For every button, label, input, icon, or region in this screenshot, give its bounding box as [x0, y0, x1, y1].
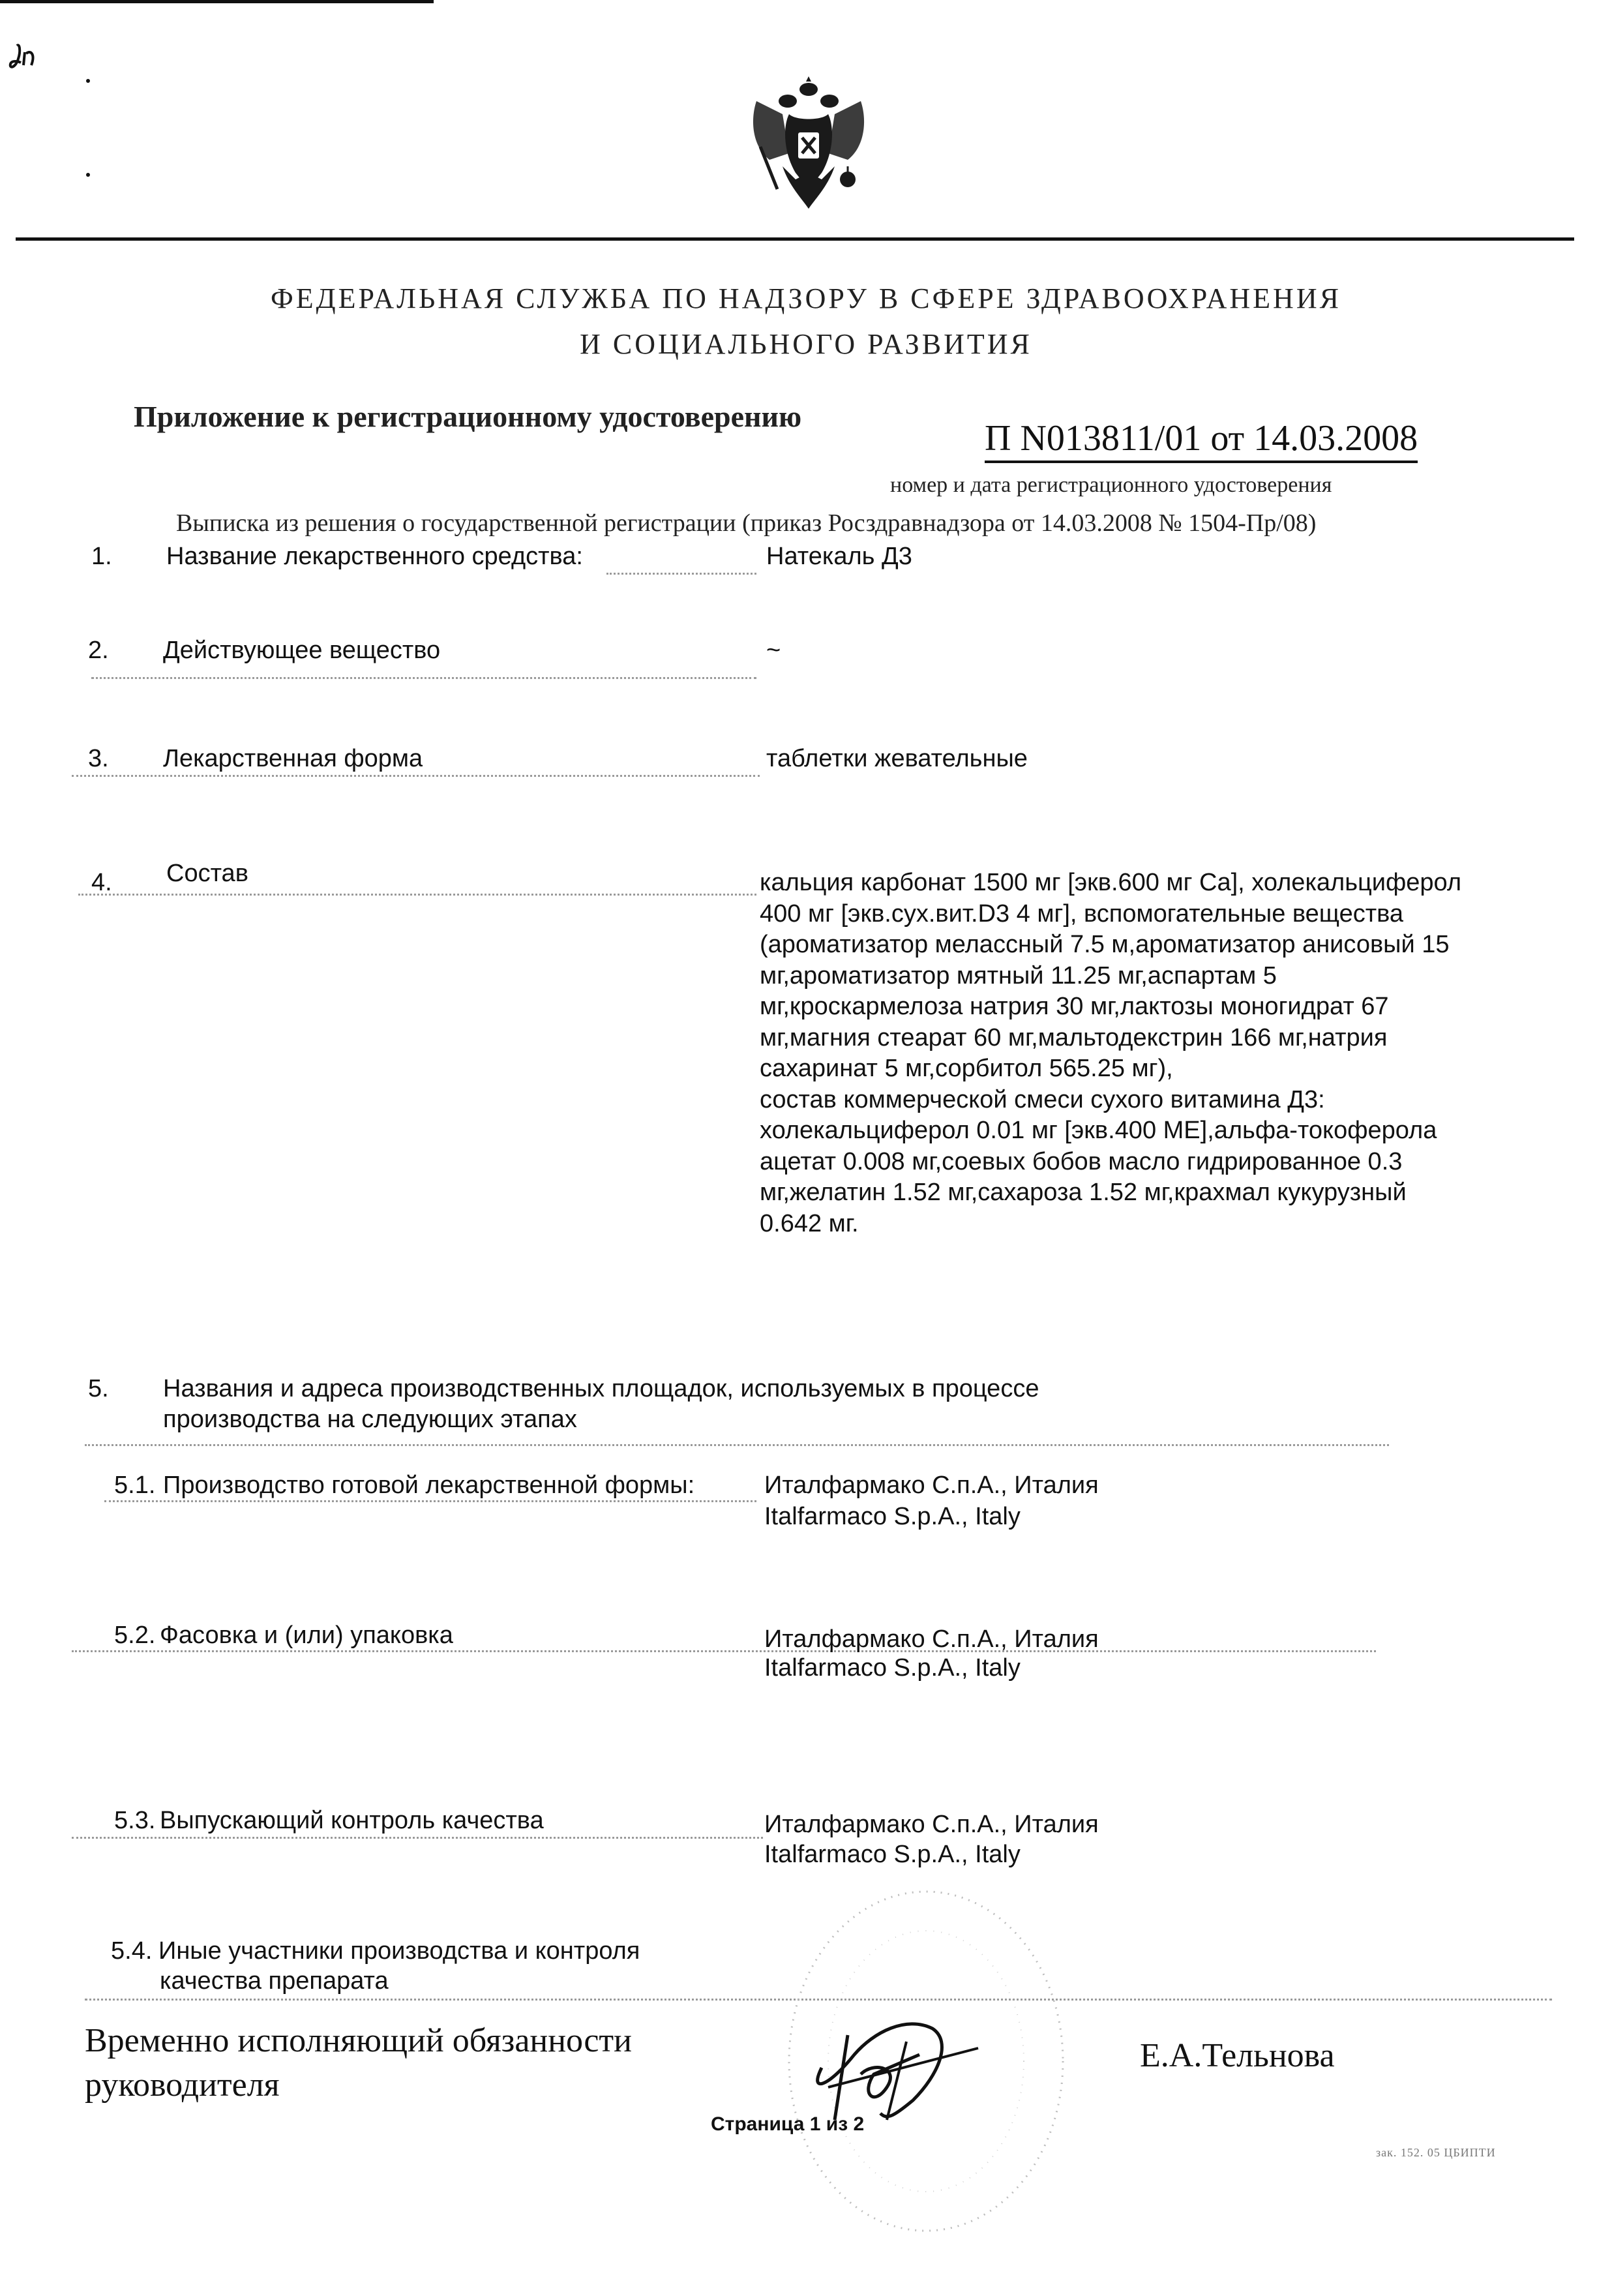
page-indicator: Страница 1 из 2 [711, 2113, 864, 2136]
leader-line [91, 677, 756, 679]
annex-title: Приложение к регистрационному удостовере… [134, 399, 801, 434]
agency-name-line2: И СОЦИАЛЬНОГО РАЗВИТИЯ [0, 327, 1612, 361]
subitem-value-ru: Италфармако С.п.А., Италия [764, 1625, 1099, 1654]
item-number: 1. [91, 543, 112, 571]
item-value: таблетки жевательные [766, 745, 1028, 773]
subitem-value-en: Italfarmaco S.p.A., Italy [764, 1654, 1021, 1682]
leader-line [85, 1444, 1389, 1446]
subitem-number: 5.3. [114, 1807, 155, 1835]
item-value: Натекаль Д3 [766, 543, 912, 571]
item-label: Название лекарственного средства: [166, 543, 583, 571]
subitem-label: Выпускающий контроль качества [160, 1807, 544, 1835]
leader-line [72, 1837, 763, 1839]
item-label: Действующее вещество [163, 637, 440, 665]
extract-line: Выписка из решения о государственной рег… [176, 509, 1316, 537]
subitem-label: Производство готовой лекарственной формы… [163, 1472, 694, 1500]
leader-line [104, 1500, 756, 1502]
item-label-line: Названия и адреса производственных площа… [163, 1375, 1039, 1403]
composition-line: состав коммерческой смеси сухого витамин… [760, 1085, 1562, 1116]
composition-line: мг,ароматизатор мятный 11.25 мг,аспартам… [760, 961, 1562, 992]
leader-line [72, 1650, 1376, 1652]
subitem-value-en: Italfarmaco S.p.A., Italy [764, 1503, 1021, 1531]
composition-line: сахаринат 5 мг,сорбитол 565.25 мг), [760, 1053, 1562, 1085]
registration-caption: номер и дата регистрационного удостовере… [890, 473, 1332, 498]
printing-imprint: зак. 152. 05 ЦБИПТИ [1376, 2146, 1496, 2160]
item-number: 2. [88, 637, 109, 665]
agency-name-line1: ФЕДЕРАЛЬНАЯ СЛУЖБА ПО НАДЗОРУ В СФЕРЕ ЗД… [0, 282, 1612, 315]
subitem-number: 5.1. [114, 1472, 155, 1500]
leader-line [78, 894, 756, 896]
subitem-label-line: Иные участники производства и контроля [158, 1937, 640, 1965]
composition-line: 0.642 мг. [760, 1209, 1562, 1240]
registration-number: П N013811/01 от 14.03.2008 [985, 417, 1418, 463]
item-label: Состав [166, 860, 248, 888]
signer-title-line: Временно исполняющий обязанности [85, 2019, 632, 2063]
leader-line [606, 573, 756, 575]
item-number: 5. [88, 1375, 109, 1403]
header-rule [16, 237, 1574, 241]
subitem-value-ru: Италфармако С.п.А., Италия [764, 1472, 1099, 1500]
scan-dot [86, 173, 90, 177]
handwritten-signature-icon [783, 1996, 1017, 2126]
composition-line: ацетат 0.008 мг,соевых бобов масло гидри… [760, 1147, 1562, 1178]
subitem-value-en: Italfarmaco S.p.A., Italy [764, 1841, 1021, 1869]
item-number: 3. [88, 745, 109, 773]
composition-line: (ароматизатор мелассный 7.5 м,ароматизат… [760, 929, 1562, 961]
signer-title-line: руководителя [85, 2063, 632, 2107]
leader-line [72, 775, 760, 777]
item-value: ~ [766, 637, 781, 665]
signer-name: Е.А.Тельнова [1140, 2036, 1335, 2075]
subitem-number: 5.2. [114, 1622, 155, 1650]
composition-line: 400 мг [экв.сух.вит.D3 4 мг], вспомогате… [760, 899, 1562, 930]
item-label-line: производства на следующих этапах [163, 1406, 577, 1434]
russian-coat-of-arms-icon [743, 75, 874, 212]
composition-line: мг,желатин 1.52 мг,сахароза 1.52 мг,крах… [760, 1177, 1562, 1209]
scan-dot [86, 79, 90, 83]
subitem-label: Фасовка и (или) упаковка [160, 1622, 453, 1650]
composition-line: мг,магния стеарат 60 мг,мальтодекстрин 1… [760, 1023, 1562, 1054]
subitem-number: 5.4. [111, 1937, 152, 1965]
composition-text: кальция карбонат 1500 мг [экв.600 мг Ca]… [760, 868, 1562, 1239]
scan-edge-line [0, 0, 434, 3]
item-number: 4. [91, 869, 112, 897]
composition-line: холекальциферол 0.01 мг [экв.400 МЕ],аль… [760, 1115, 1562, 1147]
subitem-label-line: качества препарата [160, 1967, 389, 1995]
handwritten-page-mark-icon [5, 39, 44, 78]
signer-title: Временно исполняющий обязанности руковод… [85, 2019, 632, 2107]
composition-line: кальция карбонат 1500 мг [экв.600 мг Ca]… [760, 868, 1562, 899]
composition-line: мг,кроскармелоза натрия 30 мг,лактозы мо… [760, 991, 1562, 1023]
item-label: Лекарственная форма [163, 745, 423, 773]
subitem-value-ru: Италфармако С.п.А., Италия [764, 1811, 1099, 1839]
